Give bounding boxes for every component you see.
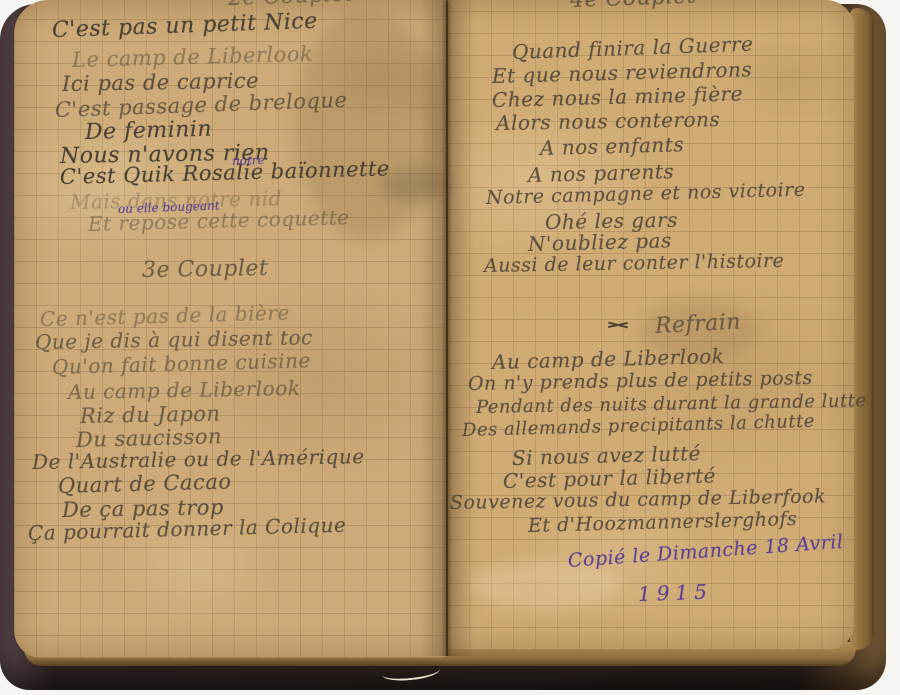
colophon-year: 1915 bbox=[638, 579, 714, 606]
scanned-notebook-spread: 2e Couplet C'est pas un petit Nice Le ca… bbox=[0, 0, 900, 695]
handwritten-line: Au camp de Liberlook bbox=[68, 376, 301, 404]
handwritten-line: Quart de Cacao bbox=[58, 469, 232, 498]
handwritten-line: Alors nous conterons bbox=[496, 107, 721, 135]
stanza-heading: 3e Couplet bbox=[142, 256, 269, 283]
ink-annotation: notre bbox=[232, 153, 265, 168]
center-fold-crease bbox=[446, 0, 448, 656]
strikethrough-mark bbox=[608, 318, 628, 332]
refrain-heading: Refrain bbox=[654, 310, 741, 339]
handwritten-line: A nos enfants bbox=[540, 132, 685, 160]
